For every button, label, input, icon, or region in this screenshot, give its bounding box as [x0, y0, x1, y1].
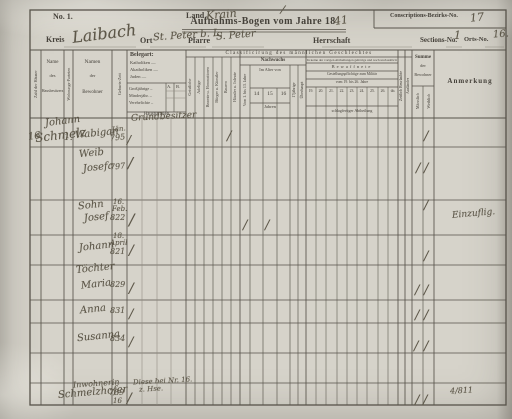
belegart-subrow: Verehelichte – [129, 101, 153, 105]
tick-mark: / [424, 250, 428, 263]
col-age-20: 20. [316, 90, 326, 94]
hw-r9-anmerkung: 4/811 [450, 386, 473, 395]
hw-year-value: 41 [333, 14, 348, 27]
belegart-row: Katholiken — [130, 61, 156, 66]
military-box-line4: vom 19. bis 26. Jahre [306, 81, 398, 85]
tick-mark: / [424, 284, 428, 297]
col-age-26: 26. [378, 90, 388, 94]
belegart-subrow: Minderjähr. – [129, 94, 152, 98]
form-number: No. 1. [53, 13, 73, 21]
hw-r3-birth-2: Feb. [112, 206, 127, 213]
col-inhabitants-1: Namen [73, 60, 112, 66]
col-dwelling-party: Wohnungs-Parteien [67, 57, 71, 111]
col-owner-1: Name [41, 60, 64, 65]
hw-r3-birth-3: 822 [110, 214, 125, 222]
col-foreigners: Ausländer [407, 58, 411, 114]
col-female-total: Weiblich [427, 87, 431, 115]
hw-r2-birth: 797 [110, 162, 126, 172]
col-age-15: 15 [263, 92, 277, 98]
tick-mark: / [424, 340, 428, 353]
tick-mark: / [227, 130, 231, 143]
tick-mark: / [415, 309, 419, 322]
hw-r9-note-2: z. Hse. [139, 385, 164, 393]
hw-land-value: Krain [206, 8, 237, 22]
military-box-line2: Bewaffnete [306, 65, 398, 70]
belegart-title: Belegart: [130, 52, 154, 58]
hw-r9-birth-1: 789 [109, 389, 124, 397]
col-total-youth: Überhaupt [300, 65, 304, 115]
tick-mark: / [416, 162, 420, 175]
col-clergy: Geistliche [188, 59, 192, 115]
col-male-total: Männlich [416, 87, 420, 115]
hw-r4-birth-2: April [110, 240, 127, 247]
tick-mark: / [127, 392, 132, 406]
col-age-1-13: Vom 1. bis 13. Jahre [243, 65, 247, 115]
tick-mark: / [129, 336, 133, 349]
remarks-column-header: Anmerkung [434, 78, 506, 85]
col-nobility: Adelige [197, 59, 201, 115]
sum-title-2: der [412, 64, 434, 69]
col-inhabitants-2: der [73, 74, 112, 79]
sum-title-1: Summe [412, 55, 434, 60]
col-age-25: 25. [367, 90, 378, 94]
belegart-subrow: Großjährige – [129, 87, 152, 91]
hw-r9-birth-2: 16 [113, 398, 122, 405]
col-age-24: 24. [357, 90, 367, 94]
nachwuchs-subtitle: Im Alter von [250, 68, 290, 72]
tick-mark: / [423, 394, 427, 407]
col-owner-3: Hausbesitzers [40, 90, 65, 94]
col-birth-date: Geburts-Zeit [118, 57, 122, 111]
belegart-subcol-b: B. [176, 85, 180, 90]
tick-mark: / [129, 244, 134, 258]
hw-r5-birth: 829 [110, 281, 125, 289]
col-age-21: 21. [326, 90, 337, 94]
belegart-row: Akatholiken — [130, 68, 158, 73]
hw-orts-value: 16. [493, 29, 510, 40]
belegart-row: Juden — [130, 75, 146, 80]
classification-title: Classificirung des männlichen Geschlecht… [186, 51, 412, 56]
military-box-line1: In keine der vorigen Abtheilungen gehöri… [307, 59, 397, 64]
col-on-furlough: Zeitlich Beurlaubte [400, 58, 404, 114]
tick-mark: / [128, 156, 133, 171]
tick-mark: / [424, 309, 428, 322]
tick-mark: / [127, 134, 131, 146]
col-burghers: Bürger u. Künstler [215, 59, 219, 115]
col-age-14: 14 [250, 92, 263, 98]
tick-mark: / [129, 308, 133, 321]
hw-r1-birth-2: 795 [110, 133, 126, 143]
orts-no-label: Orts-No. [464, 37, 488, 44]
hw-sections-value: 1 [454, 30, 461, 41]
tick-mark: / [129, 212, 134, 228]
belegart-subcol-a: A. [167, 85, 171, 90]
sum-title-3: Bewohner [411, 73, 435, 77]
tick-mark: / [129, 282, 134, 296]
census-form-sheet: No. 1. Land Aufnahms-Bogen vom Jahre 18 … [0, 0, 512, 419]
hw-bezirk-value: 17 [469, 11, 484, 23]
herrschaft-label: Herrschaft [313, 37, 350, 45]
col-age-23: 23. [347, 90, 357, 94]
military-box-footer: schlagfertiger Abtheilung [306, 109, 398, 113]
hw-r6-birth: 831 [110, 307, 125, 315]
ort-label: Ort [140, 37, 152, 45]
col-age-17: 17jährige [292, 65, 296, 115]
tick-mark: / [424, 199, 428, 212]
tick-mark: / [265, 219, 269, 232]
col-age-16: 16 [277, 92, 290, 98]
tick-mark: / [415, 394, 419, 407]
kreis-label: Kreis [46, 36, 65, 44]
hw-r4-birth-3: 821 [110, 248, 125, 256]
hw-party-no: 1. [64, 134, 73, 143]
col-house-number: Zahl der Häuser [34, 57, 38, 111]
tick-mark: / [414, 340, 418, 353]
sections-no-label: Sections-No. [420, 37, 457, 44]
tick-mark: / [243, 219, 247, 232]
hw-r7-birth: 834 [110, 335, 125, 343]
tick-mark: / [424, 162, 428, 175]
col-owner-2: des [41, 74, 64, 79]
col-age-19: 19. [306, 90, 316, 94]
tick-mark: / [424, 130, 428, 143]
col-age-22: 22. [337, 90, 347, 94]
col-age-over: üb. [388, 90, 398, 94]
nachwuchs-title: Nachwuchs [240, 58, 306, 63]
military-box-line3: Gestellungspflichtige zum Militär [306, 73, 398, 77]
form-title: Aufnahms-Bogen vom Jahre 18 [178, 17, 348, 27]
col-farmers: Bauern [224, 59, 228, 115]
col-cottagers: Häusler u. Inleute [233, 59, 237, 115]
tick-mark: / [415, 284, 419, 297]
nachwuchs-years-label: Jahren [250, 105, 290, 110]
col-inhabitants-3: Bewohner [73, 90, 112, 95]
col-officials: Beamte u. Honoratioren [206, 59, 210, 115]
